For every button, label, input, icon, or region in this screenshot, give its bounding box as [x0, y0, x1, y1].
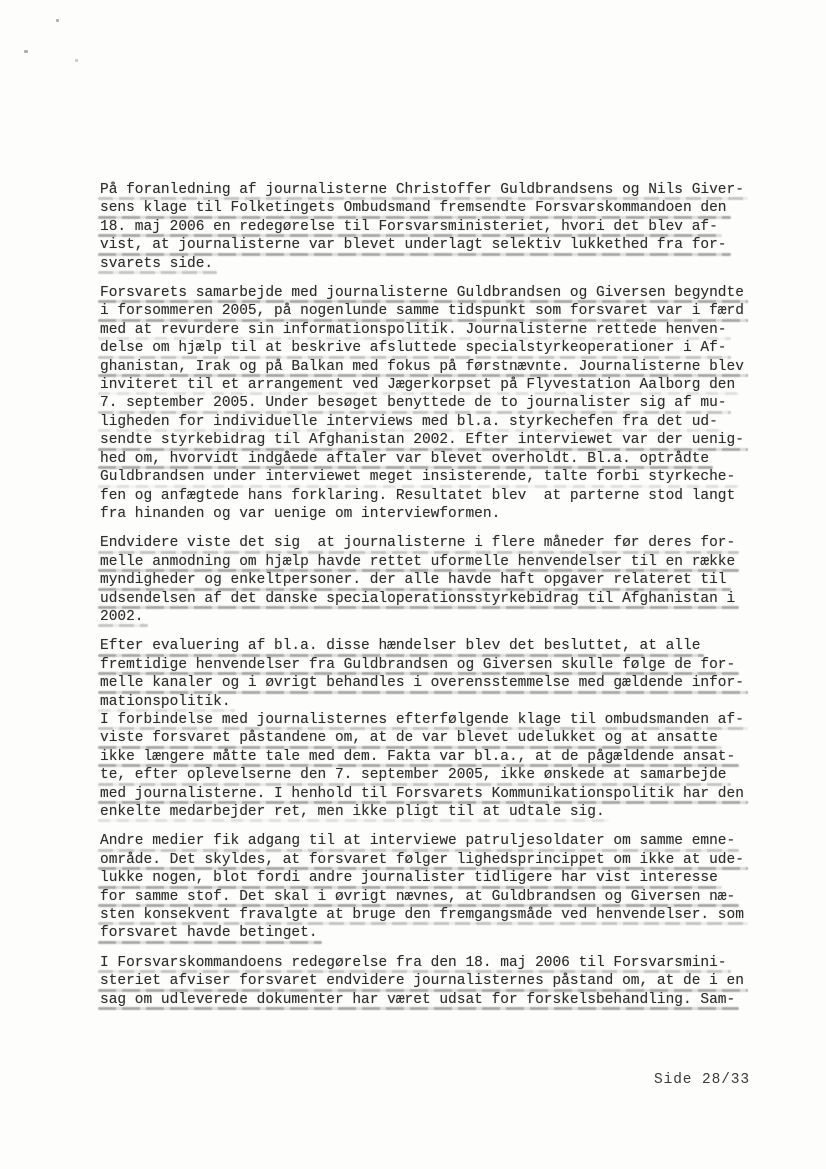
line-text: Efter evaluering af bl.a. disse hændelse…: [100, 637, 700, 655]
text-line: Forsvarets samarbejde med journalisterne…: [100, 284, 765, 302]
line-text: svarets side.: [100, 255, 213, 273]
text-line: sendte styrkebidrag til Afghanistan 2002…: [100, 431, 765, 449]
page-number: Side 28/33: [654, 1072, 750, 1088]
text-line: ligheden for individuelle interviews med…: [100, 413, 765, 431]
text-line: Guldbrandsen under interviewet meget ins…: [100, 468, 765, 486]
line-text: te, efter oplevelserne den 7. september …: [100, 766, 727, 784]
text-line: myndigheder og enkeltpersoner. der alle …: [100, 571, 765, 589]
text-line: fra hinanden og var uenige om interviewf…: [100, 505, 765, 523]
line-text: På foranledning af journalisterne Christ…: [100, 181, 744, 199]
line-text: fremtidige henvendelser fra Guldbrandsen…: [100, 656, 735, 674]
line-text: sendte styrkebidrag til Afghanistan 2002…: [100, 431, 744, 449]
line-text: Endvidere viste det sig at journalistern…: [100, 534, 735, 552]
line-text: udsendelsen af det danske specialoperati…: [100, 590, 735, 608]
text-line: fen og anfægtede hans forklaring. Result…: [100, 487, 765, 505]
text-line: med journalisterne. I henhold til Forsva…: [100, 785, 765, 803]
paragraph: På foranledning af journalisterne Christ…: [100, 181, 765, 273]
line-text: ghanistan, Irak og på Balkan med fokus p…: [100, 358, 744, 376]
line-text: melle anmodning om hjælp havde rettet uf…: [100, 553, 735, 571]
line-text: ikke længere måtte tale med dem. Fakta v…: [100, 748, 735, 766]
line-text: fra hinanden og var uenige om interviewf…: [100, 505, 500, 523]
line-text: enkelte medarbejder ret, men ikke pligt …: [100, 803, 605, 821]
text-line: i forsommeren 2005, på nogenlunde samme …: [100, 302, 765, 320]
line-text: med journalisterne. I henhold til Forsva…: [100, 785, 744, 803]
text-line: ikke længere måtte tale med dem. Fakta v…: [100, 748, 765, 766]
line-text: i forsommeren 2005, på nogenlunde samme …: [100, 302, 744, 320]
text-line: 7. september 2005. Under besøget benytte…: [100, 394, 765, 412]
text-line: udsendelsen af det danske specialoperati…: [100, 590, 765, 608]
text-line: vist, at journalisterne var blevet under…: [100, 236, 765, 254]
text-line: 2002.: [100, 608, 765, 626]
document-page-body: På foranledning af journalisterne Christ…: [100, 181, 765, 1020]
line-text: ligheden for individuelle interviews med…: [100, 413, 718, 431]
line-text: steriet afviser forsvaret endvidere jour…: [100, 972, 744, 990]
line-text: sens klage til Folketingets Ombudsmand f…: [100, 199, 727, 217]
text-line: Efter evaluering af bl.a. disse hændelse…: [100, 637, 765, 655]
line-text: område. Det skyldes, at forsvaret følger…: [100, 851, 744, 869]
text-line: fremtidige henvendelser fra Guldbrandsen…: [100, 656, 765, 674]
text-line: sens klage til Folketingets Ombudsmand f…: [100, 199, 765, 217]
line-text: viste forsvaret påstandene om, at de var…: [100, 729, 718, 747]
line-text: I forbindelse med journalisternes efterf…: [100, 711, 744, 729]
text-line: melle anmodning om hjælp havde rettet uf…: [100, 553, 765, 571]
line-text: 2002.: [100, 608, 144, 626]
line-text: hed om, hvorvidt indgåede aftaler var bl…: [100, 450, 709, 468]
line-text: melle kanaler og i øvrigt behandles i ov…: [100, 674, 744, 692]
paragraph: Efter evaluering af bl.a. disse hændelse…: [100, 637, 765, 821]
line-text: 7. september 2005. Under besøget benytte…: [100, 394, 727, 412]
text-line: sten konsekvent fravalgte at bruge den f…: [100, 906, 765, 924]
text-line: te, efter oplevelserne den 7. september …: [100, 766, 765, 784]
text-line: forsvaret havde betinget.: [100, 924, 765, 942]
line-text: inviteret til et arrangement ved Jægerko…: [100, 376, 735, 394]
line-text: Forsvarets samarbejde med journalisterne…: [100, 284, 744, 302]
text-line: med at revurdere sin informationspolitik…: [100, 321, 765, 339]
text-line: På foranledning af journalisterne Christ…: [100, 181, 765, 199]
line-text: sag om udleverede dokumenter har været u…: [100, 991, 735, 1009]
text-line: Endvidere viste det sig at journalistern…: [100, 534, 765, 552]
line-text: vist, at journalisterne var blevet under…: [100, 236, 727, 254]
paragraph: I Forsvarskommandoens redegørelse fra de…: [100, 954, 765, 1009]
scan-speck: [75, 59, 78, 62]
line-text: forsvaret havde betinget.: [100, 924, 318, 942]
text-line: område. Det skyldes, at forsvaret følger…: [100, 851, 765, 869]
text-line: I Forsvarskommandoens redegørelse fra de…: [100, 954, 765, 972]
text-line: inviteret til et arrangement ved Jægerko…: [100, 376, 765, 394]
text-line: ghanistan, Irak og på Balkan med fokus p…: [100, 358, 765, 376]
scan-speck: [56, 19, 59, 22]
text-line: lukke nogen, blot fordi andre journalist…: [100, 869, 765, 887]
line-text: Andre medier fik adgang til at interview…: [100, 832, 735, 850]
line-text: myndigheder og enkeltpersoner. der alle …: [100, 571, 727, 589]
text-line: melle kanaler og i øvrigt behandles i ov…: [100, 674, 765, 692]
text-line: sag om udleverede dokumenter har været u…: [100, 991, 765, 1009]
paragraph: Forsvarets samarbejde med journalisterne…: [100, 284, 765, 523]
text-line: enkelte medarbejder ret, men ikke pligt …: [100, 803, 765, 821]
text-line: I forbindelse med journalisternes efterf…: [100, 711, 765, 729]
text-line: steriet afviser forsvaret endvidere jour…: [100, 972, 765, 990]
line-text: Guldbrandsen under interviewet meget ins…: [100, 468, 735, 486]
text-line: for samme stof. Det skal i øvrigt nævnes…: [100, 888, 765, 906]
line-text: mationspolitik.: [100, 693, 231, 711]
line-text: lukke nogen, blot fordi andre journalist…: [100, 869, 718, 887]
text-line: viste forsvaret påstandene om, at de var…: [100, 729, 765, 747]
text-line: Andre medier fik adgang til at interview…: [100, 832, 765, 850]
paragraph: Endvidere viste det sig at journalistern…: [100, 534, 765, 626]
text-line: 18. maj 2006 en redegørelse til Forsvars…: [100, 218, 765, 236]
paragraph: Andre medier fik adgang til at interview…: [100, 832, 765, 942]
text-line: delse om hjælp til at beskrive afslutted…: [100, 339, 765, 357]
text-line: mationspolitik.: [100, 693, 765, 711]
line-text: for samme stof. Det skal i øvrigt nævnes…: [100, 888, 735, 906]
line-text: I Forsvarskommandoens redegørelse fra de…: [100, 954, 727, 972]
line-text: sten konsekvent fravalgte at bruge den f…: [100, 906, 744, 924]
text-line: svarets side.: [100, 255, 765, 273]
line-text: 18. maj 2006 en redegørelse til Forsvars…: [100, 218, 718, 236]
scan-speck: [24, 50, 28, 53]
line-text: delse om hjælp til at beskrive afslutted…: [100, 339, 727, 357]
line-text: fen og anfægtede hans forklaring. Result…: [100, 487, 735, 505]
text-line: hed om, hvorvidt indgåede aftaler var bl…: [100, 450, 765, 468]
line-text: med at revurdere sin informationspolitik…: [100, 321, 727, 339]
